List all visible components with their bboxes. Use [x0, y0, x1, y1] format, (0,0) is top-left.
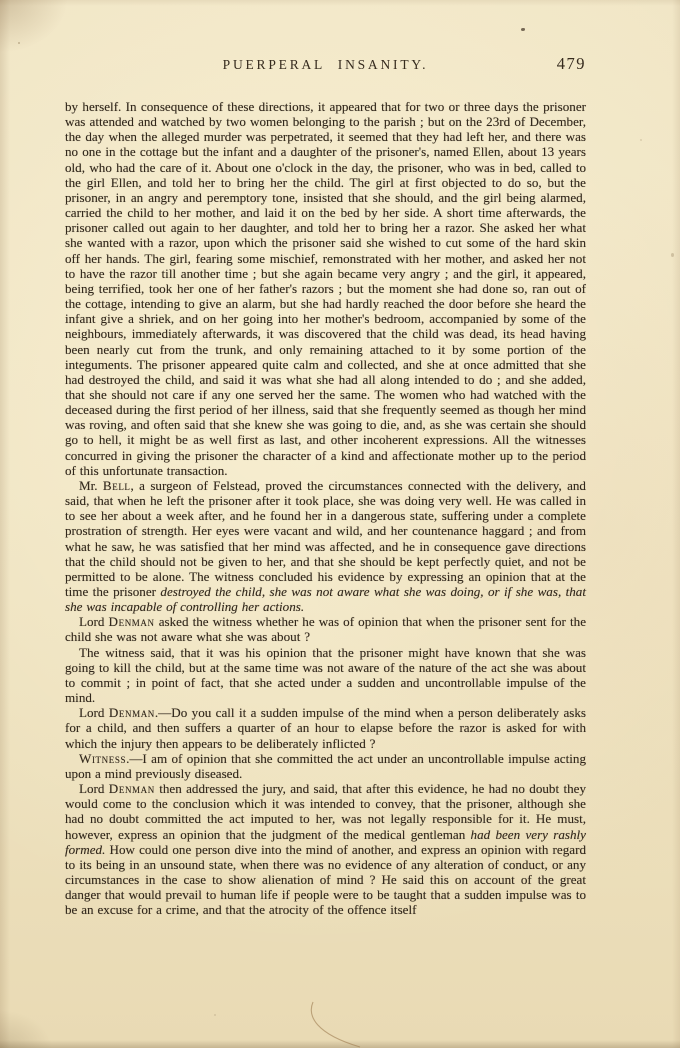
paper-speck	[671, 253, 674, 257]
text-segment: Lord	[79, 614, 109, 629]
paragraph: Mr. Bell, a surgeon of Felstead, proved …	[65, 478, 586, 614]
scanned-book-page: PUERPERAL INSANITY. 479 by herself. In c…	[0, 0, 680, 1048]
paper-speck	[214, 1014, 216, 1016]
page-body: by herself. In consequence of these dire…	[65, 99, 586, 917]
text-segment: , a surgeon of Felstead, proved the circ…	[65, 478, 586, 599]
paragraph: by herself. In consequence of these dire…	[65, 99, 586, 478]
text-segment: How could one person dive into the mind …	[65, 842, 586, 918]
paragraph: Lord Denman asked the witness whether he…	[65, 614, 586, 644]
ink-spot	[521, 28, 525, 31]
paragraph: The witness said, that it was his opinio…	[65, 645, 586, 706]
paragraph: Lord Denman.—Do you call it a sudden imp…	[65, 705, 586, 750]
text-segment-smallcaps: Witness	[79, 751, 126, 766]
page-title: PUERPERAL INSANITY.	[65, 57, 586, 73]
text-segment-smallcaps: Denman	[109, 781, 155, 796]
scratch-mark	[298, 996, 370, 1048]
paper-speck	[640, 139, 642, 141]
text-segment: The witness said, that it was his opinio…	[65, 645, 586, 705]
page-number: 479	[557, 54, 586, 74]
text-segment: Mr.	[79, 478, 103, 493]
text-segment: Lord	[79, 781, 109, 796]
paragraph: Witness.—I am of opinion that she commit…	[65, 751, 586, 781]
text-segment-smallcaps: Denman	[109, 614, 155, 629]
text-segment: .—I am of opinion that she committed the…	[65, 751, 586, 781]
text-segment: Lord	[79, 705, 109, 720]
text-segment-smallcaps: Denman	[109, 705, 155, 720]
text-segment-smallcaps: Bell	[103, 478, 131, 493]
paper-speck	[18, 42, 20, 44]
paragraph: Lord Denman then addressed the jury, and…	[65, 781, 586, 917]
running-head: PUERPERAL INSANITY. 479	[65, 57, 586, 79]
paper-speck	[556, 419, 558, 421]
text-segment: by herself. In consequence of these dire…	[65, 99, 586, 478]
